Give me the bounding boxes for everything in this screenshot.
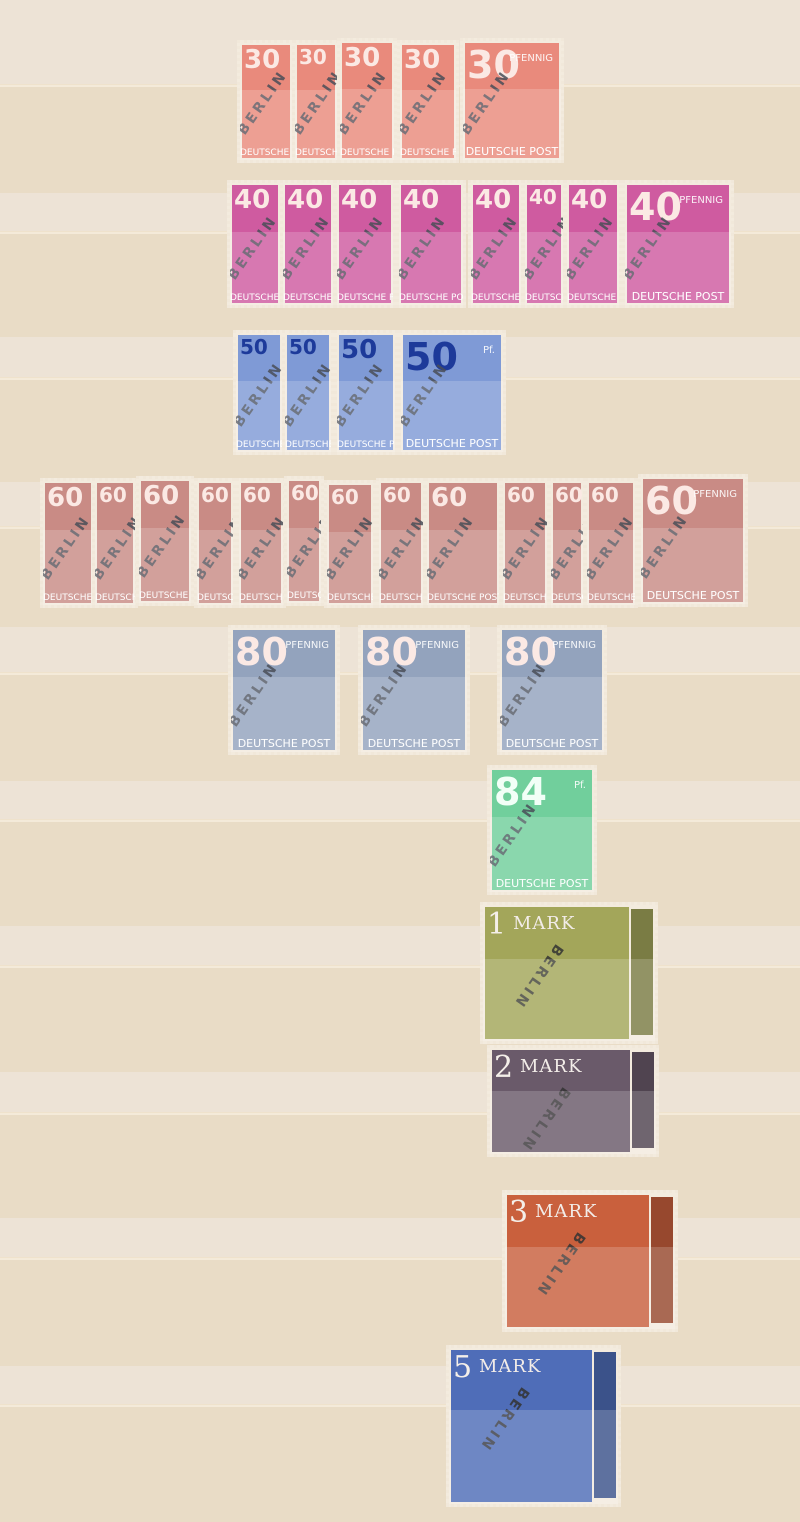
60-pfennig-row-stamp: 60DEUTSCHE POSTBERLIN: [424, 478, 502, 608]
50-pf-row-stamp: 50DEUTSCHE POSTBERLIN: [233, 330, 285, 455]
currency-label: Pf.: [483, 345, 495, 356]
60-pfennig-row-stamp: 60DEUTSCHE POSTBERLIN: [194, 478, 236, 608]
denomination: 40: [341, 185, 377, 215]
denomination: 1: [487, 907, 506, 942]
pocket-overlay: [463, 89, 561, 160]
denomination: 60: [99, 483, 127, 507]
pocket-overlay: [361, 677, 467, 752]
currency-label: PFENNIG: [285, 640, 329, 651]
30-pfennig-row-stamp: 30DEUTSCHE POSTBERLIN: [237, 40, 295, 163]
pocket-overlay: [337, 381, 395, 452]
denomination: 40: [234, 185, 270, 215]
80-pfennig-row-stamp: 80PFENNIGDEUTSCHE POSTBERLIN: [358, 625, 470, 755]
60-pfennig-row-stamp: 60PFENNIGDEUTSCHE POSTBERLIN: [638, 474, 748, 607]
mark-label: MARK: [535, 1201, 597, 1222]
pocket-overlay: [401, 381, 503, 452]
pocket-overlay: [483, 959, 655, 1041]
pocket-overlay: [236, 381, 282, 452]
pocket-overlay: [505, 1247, 675, 1329]
pocket-overlay: [139, 528, 191, 603]
denomination: 60: [143, 481, 179, 511]
pocket-overlay: [427, 530, 499, 605]
60-pfennig-row-stamp: 60DEUTSCHE POSTBERLIN: [500, 478, 550, 608]
pocket-overlay: [449, 1410, 618, 1504]
pocket-overlay: [231, 677, 337, 752]
pocket-overlay: [283, 232, 333, 305]
40-pfennig-row-stamp: 40DEUTSCHE POSTBERLIN: [468, 180, 524, 308]
denomination: 60: [591, 483, 619, 507]
2-mark-row-stamp: 2MARKBERLIN: [487, 1045, 659, 1157]
stockbook-strip: [0, 781, 800, 822]
pocket-overlay: [500, 677, 604, 752]
mark-label: MARK: [479, 1356, 541, 1377]
40-pfennig-row-stamp: 40DEUTSCHE POSTBERLIN: [396, 180, 466, 308]
denomination: 60: [243, 483, 271, 507]
denomination: 60: [331, 485, 359, 509]
denomination: 3: [509, 1195, 528, 1230]
80-pfennig-row-stamp: 80PFENNIGDEUTSCHE POSTBERLIN: [228, 625, 340, 755]
currency-label: PFENNIG: [552, 640, 596, 651]
84-pf-row-stamp: 84Pf.DEUTSCHE POSTBERLIN: [487, 765, 597, 895]
denomination: 60: [47, 483, 83, 513]
pocket-overlay: [490, 817, 594, 892]
60-pfennig-row-stamp: 60DEUTSCHE POSTBERLIN: [92, 478, 138, 608]
denomination: 40: [529, 185, 557, 209]
40-pfennig-row-stamp: 40DEUTSCHE POSTBERLIN: [522, 180, 566, 308]
denomination: 60: [201, 483, 229, 507]
30-pfennig-row-stamp: 30DEUTSCHE POSTBERLIN: [337, 38, 397, 163]
currency-label: PFENNIG: [693, 489, 737, 500]
stockbook-strip: [0, 1218, 800, 1260]
denomination: 40: [287, 185, 323, 215]
denomination: 60: [555, 483, 583, 507]
denomination: 60: [431, 483, 467, 513]
pocket-overlay: [327, 532, 373, 605]
pocket-overlay: [399, 232, 463, 305]
pocket-overlay: [337, 232, 393, 305]
denomination: 50: [289, 335, 317, 359]
50-pf-row-stamp: 50DEUTSCHE POSTBERLIN: [334, 330, 398, 455]
60-pfennig-row-stamp: 60DEUTSCHE POSTBERLIN: [324, 480, 376, 608]
pocket-overlay: [240, 90, 292, 160]
denomination: 60: [645, 479, 698, 523]
pocket-overlay: [551, 530, 583, 605]
60-pfennig-row-stamp: 60DEUTSCHE POSTBERLIN: [376, 478, 426, 608]
pocket-overlay: [379, 530, 423, 605]
denomination: 5: [453, 1350, 472, 1385]
3-mark-row-stamp: 3MARKBERLIN: [502, 1190, 678, 1332]
denomination: 40: [571, 185, 607, 215]
pocket-overlay: [400, 90, 456, 160]
30-pfennig-row-stamp: 30DEUTSCHE POSTBERLIN: [397, 40, 459, 163]
stockbook-strip: [0, 926, 800, 968]
denomination: 60: [507, 483, 535, 507]
denomination: 60: [383, 483, 411, 507]
50-pf-row-stamp: 50Pf.DEUTSCHE POSTBERLIN: [398, 330, 506, 455]
stockbook-page: 30DEUTSCHE POSTBERLIN30DEUTSCHE POSTBERL…: [0, 0, 800, 1522]
80-pfennig-row-stamp: 80PFENNIGDEUTSCHE POSTBERLIN: [497, 625, 607, 755]
pocket-overlay: [285, 381, 331, 452]
pocket-overlay: [295, 90, 337, 160]
pocket-overlay: [230, 232, 280, 305]
pocket-overlay: [287, 528, 321, 603]
pocket-overlay: [471, 232, 521, 305]
pocket-overlay: [641, 528, 745, 604]
pocket-overlay: [239, 530, 283, 605]
denomination: 60: [291, 481, 319, 505]
pocket-overlay: [43, 530, 93, 605]
pocket-overlay: [625, 232, 731, 305]
pocket-overlay: [525, 232, 563, 305]
60-pfennig-row-stamp: 60DEUTSCHE POSTBERLIN: [584, 478, 638, 608]
denomination: 30: [299, 45, 327, 69]
denomination: 50: [240, 335, 268, 359]
denomination: 30: [344, 43, 380, 73]
40-pfennig-row-stamp: 40PFENNIGDEUTSCHE POSTBERLIN: [622, 180, 734, 308]
30-pfennig-row-stamp: 30PFENNIGDEUTSCHE POSTBERLIN: [460, 38, 564, 163]
denomination: 50: [341, 335, 377, 365]
60-pfennig-row-stamp: 60DEUTSCHE POSTBERLIN: [548, 478, 586, 608]
denomination: 40: [403, 185, 439, 215]
stockbook-strip: [0, 1072, 800, 1115]
pocket-overlay: [567, 232, 619, 305]
60-pfennig-row-stamp: 60DEUTSCHE POSTBERLIN: [236, 478, 286, 608]
mark-label: MARK: [513, 913, 575, 934]
pocket-overlay: [197, 530, 233, 605]
60-pfennig-row-stamp: 60DEUTSCHE POSTBERLIN: [284, 476, 324, 606]
50-pf-row-stamp: 50DEUTSCHE POSTBERLIN: [282, 330, 334, 455]
pocket-overlay: [587, 530, 635, 605]
30-pfennig-row-stamp: 30DEUTSCHE POSTBERLIN: [292, 40, 340, 163]
60-pfennig-row-stamp: 60DEUTSCHE POSTBERLIN: [40, 478, 96, 608]
1-mark-row-stamp: 1MARKBERLIN: [480, 902, 658, 1044]
currency-label: PFENNIG: [509, 53, 553, 64]
pocket-overlay: [503, 530, 547, 605]
currency-label: Pf.: [574, 780, 586, 791]
40-pfennig-row-stamp: 40DEUTSCHE POSTBERLIN: [564, 180, 622, 308]
denomination: 2: [494, 1050, 513, 1085]
currency-label: PFENNIG: [415, 640, 459, 651]
mark-label: MARK: [520, 1056, 582, 1077]
stockbook-strip: [0, 1366, 800, 1407]
denomination: 40: [475, 185, 511, 215]
5-mark-row-stamp: 5MARKBERLIN: [446, 1345, 621, 1507]
pocket-overlay: [340, 89, 394, 160]
currency-label: PFENNIG: [679, 195, 723, 206]
40-pfennig-row-stamp: 40DEUTSCHE POSTBERLIN: [334, 180, 396, 308]
40-pfennig-row-stamp: 40DEUTSCHE POSTBERLIN: [280, 180, 336, 308]
40-pfennig-row-stamp: 40DEUTSCHE POSTBERLIN: [227, 180, 283, 308]
60-pfennig-row-stamp: 60DEUTSCHE POSTBERLIN: [136, 476, 194, 606]
pocket-overlay: [95, 530, 135, 605]
pocket-overlay: [490, 1091, 656, 1154]
